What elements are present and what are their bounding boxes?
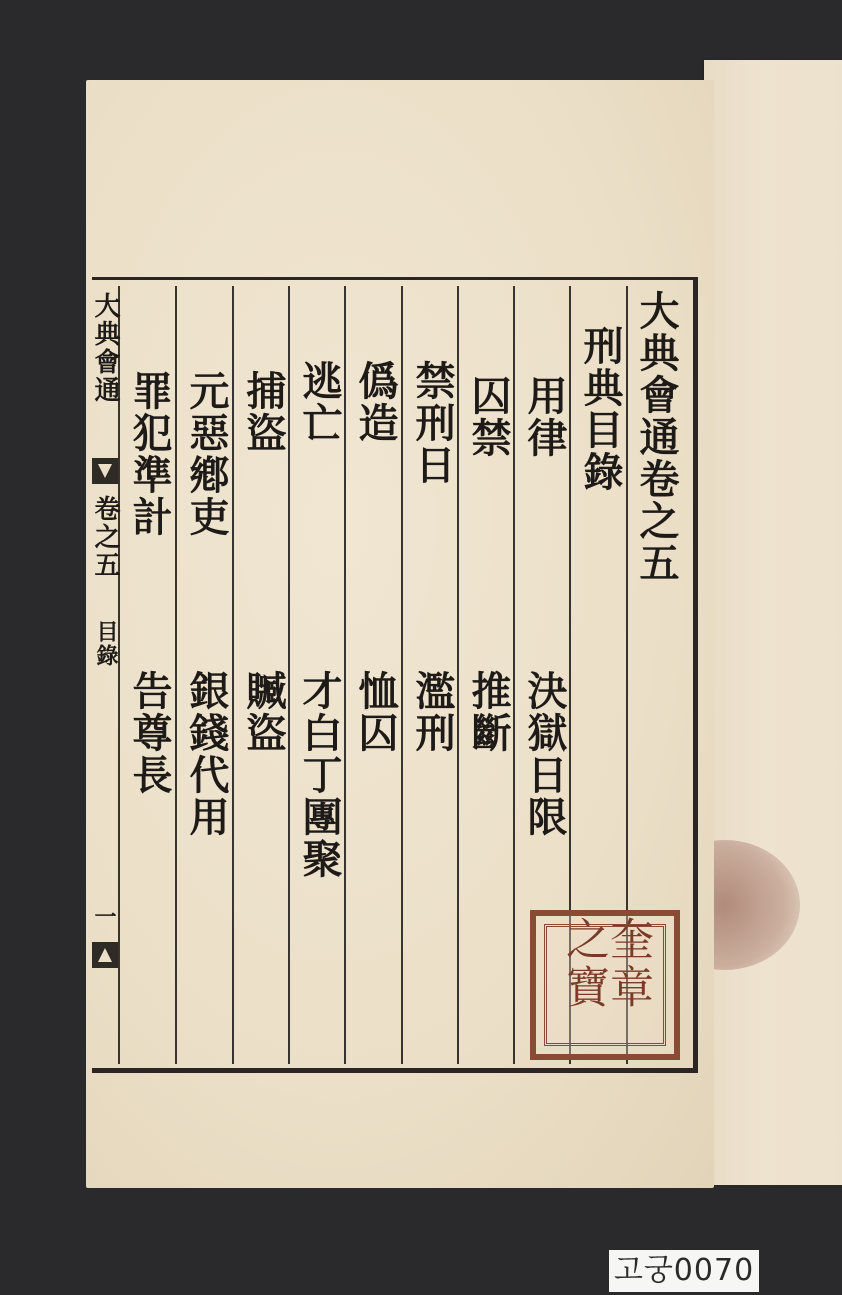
entry-bottom: 推斷 bbox=[464, 670, 512, 754]
royal-seal-stamp: 奎章之寶 bbox=[530, 910, 680, 1060]
column-rule bbox=[175, 286, 177, 1064]
margin-book-title: 大典會通 bbox=[90, 292, 120, 404]
entry-top: 逃亡 bbox=[295, 360, 343, 444]
entry-bottom: 告尊長 bbox=[125, 670, 173, 796]
fish-tail-ornament-upper bbox=[92, 458, 118, 484]
section-heading: 刑典目錄 bbox=[576, 325, 624, 493]
volume-title: 大典會通卷之五 bbox=[632, 290, 680, 584]
seal-border bbox=[544, 924, 666, 1046]
entry-top: 捕盜 bbox=[239, 370, 287, 454]
right-facing-leaf bbox=[704, 60, 842, 1185]
entry-top: 元惡鄕吏 bbox=[182, 370, 230, 538]
column-rule bbox=[344, 286, 346, 1064]
column-rule bbox=[401, 286, 403, 1064]
entry-top: 用律 bbox=[520, 375, 568, 459]
entry-top: 僞造 bbox=[351, 360, 399, 444]
column-rule bbox=[513, 286, 515, 1064]
entry-top: 罪犯準計 bbox=[125, 370, 173, 538]
margin-volume: 卷之五 bbox=[90, 495, 120, 579]
column-rule bbox=[288, 286, 290, 1064]
catalog-label: 고궁0070 bbox=[609, 1250, 759, 1292]
entry-bottom: 決獄日限 bbox=[520, 670, 568, 838]
column-rule bbox=[232, 286, 234, 1064]
margin-subtitle: 目錄 bbox=[94, 620, 118, 668]
entry-bottom: 濫刑 bbox=[408, 670, 456, 754]
entry-bottom: 贓盜 bbox=[239, 670, 287, 754]
column-rule bbox=[457, 286, 459, 1064]
entry-bottom: 才白丁團聚 bbox=[295, 670, 343, 880]
entry-top: 禁刑日 bbox=[408, 360, 456, 486]
entry-bottom: 銀錢代用 bbox=[182, 670, 230, 838]
margin-page-number: 一 bbox=[92, 905, 116, 929]
entry-top: 囚禁 bbox=[464, 375, 512, 459]
fish-tail-ornament-lower bbox=[92, 942, 118, 968]
entry-bottom: 恤囚 bbox=[351, 670, 399, 754]
